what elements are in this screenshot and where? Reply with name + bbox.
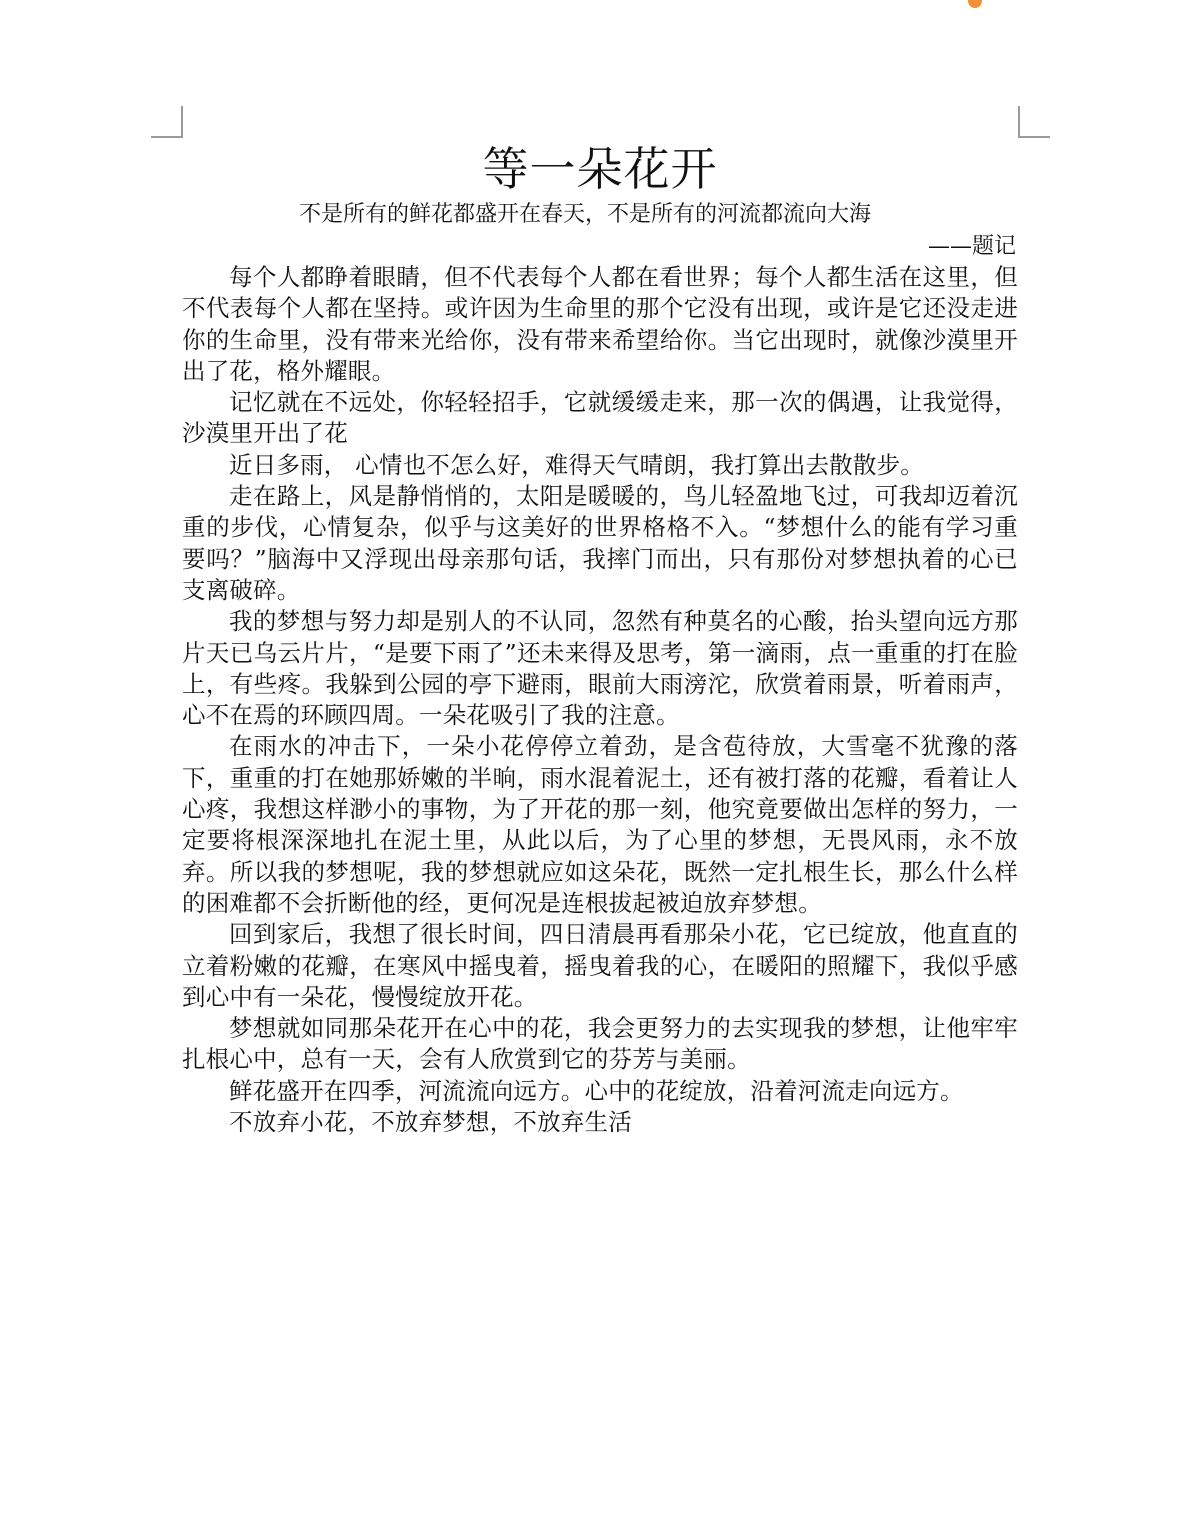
paragraph: 不放弃小花，不放弃梦想，不放弃生活 — [182, 1107, 1018, 1138]
paragraph: 回到家后，我想了很长时间，四日清晨再看那朵小花，它已绽放，他直直的立着粉嫩的花瓣… — [182, 919, 1018, 1013]
document-body[interactable]: 等一朵花开 不是所有的鲜花都盛开在春天，不是所有的河流都流向大海 ——题记 每个… — [182, 140, 1018, 1138]
paragraph: 梦想就如同那朵花开在心中的花，我会更努力的去实现我的梦想，让他牢牢扎根心中，总有… — [182, 1013, 1018, 1076]
paragraph: 每个人都睁着眼睛，但不代表每个人都在看世界；每个人都生活在这里，但不代表每个人都… — [182, 262, 1018, 387]
epigraph-attribution: ——题记 — [182, 232, 1018, 262]
paragraph: 走在路上，风是静悄悄的，太阳是暖暖的，鸟儿轻盈地飞过，可我却迈着沉重的步伐，心情… — [182, 481, 1018, 606]
document-page: 等一朵花开 不是所有的鲜花都盛开在春天，不是所有的河流都流向大海 ——题记 每个… — [0, 0, 1200, 1524]
status-indicator-dot — [968, 0, 982, 8]
top-right-margin-mark — [1018, 106, 1050, 138]
paragraph: 近日多雨， 心情也不怎么好，难得天气晴朗，我打算出去散散步。 — [182, 450, 1018, 481]
paragraph: 我的梦想与努力却是别人的不认同，忽然有种莫名的心酸，抬头望向远方那片天已乌云片片… — [182, 606, 1018, 731]
document-title: 等一朵花开 — [182, 140, 1018, 198]
paragraphs: 每个人都睁着眼睛，但不代表每个人都在看世界；每个人都生活在这里，但不代表每个人都… — [182, 262, 1018, 1138]
paragraph: 鲜花盛开在四季，河流流向远方。心中的花绽放，沿着河流走向远方。 — [182, 1076, 1018, 1107]
paragraph: 在雨水的冲击下，一朵小花停停立着劲，是含苞待放，大雪毫不犹豫的落下，重重的打在她… — [182, 731, 1018, 919]
top-left-margin-mark — [151, 106, 183, 138]
epigraph: 不是所有的鲜花都盛开在春天，不是所有的河流都流向大海 — [182, 200, 1018, 230]
paragraph: 记忆就在不远处，你轻轻招手，它就缓缓走来，那一次的偶遇，让我觉得，沙漠里开出了花 — [182, 387, 1018, 450]
